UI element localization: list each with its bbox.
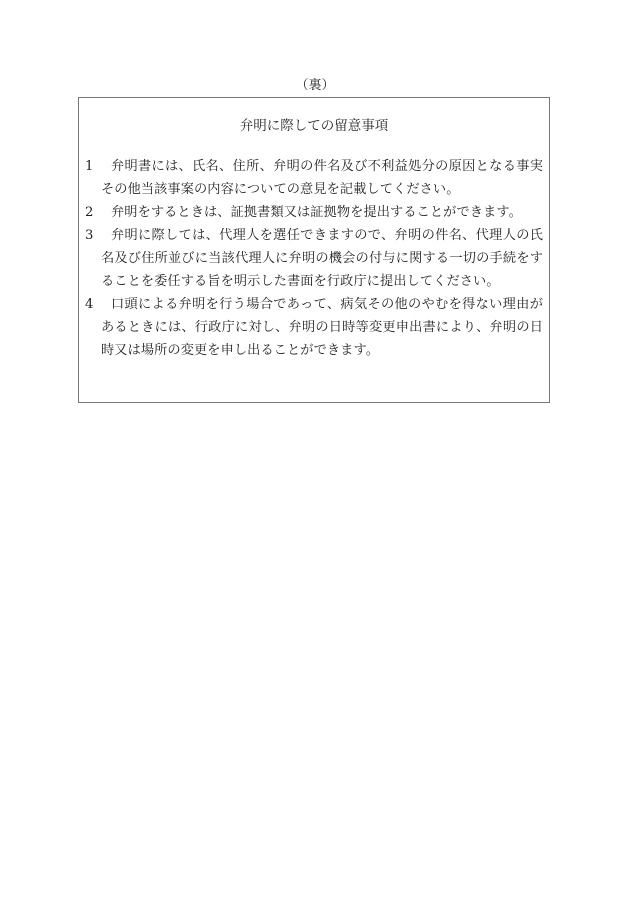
item-text: 弁明をするときは、証拠書類又は証拠物を提出することができます。 (101, 201, 543, 224)
notice-item: 4 口頭による弁明を行う場合であって、病気その他のやむを得ない理由があるときには… (85, 293, 543, 362)
notice-title: 弁明に際しての留意事項 (79, 118, 549, 134)
item-number: 1 (85, 155, 99, 178)
page-side-label: （裏） (0, 78, 630, 94)
notice-box: 弁明に際しての留意事項 1 弁明書には、氏名、住所、弁明の件名及び不利益処分の原… (78, 97, 550, 403)
item-text: 弁明書には、氏名、住所、弁明の件名及び不利益処分の原因となる事実その他当該事案の… (101, 155, 543, 201)
item-text: 口頭による弁明を行う場合であって、病気その他のやむを得ない理由があるときには、行… (101, 293, 543, 362)
notice-item: 2 弁明をするときは、証拠書類又は証拠物を提出することができます。 (85, 201, 543, 224)
item-number: 4 (85, 293, 99, 316)
notice-item: 3 弁明に際しては、代理人を選任できますので、弁明の件名、代理人の氏名及び住所並… (85, 224, 543, 293)
notice-list: 1 弁明書には、氏名、住所、弁明の件名及び不利益処分の原因となる事実その他当該事… (85, 155, 543, 362)
item-number: 3 (85, 224, 99, 247)
item-text: 弁明に際しては、代理人を選任できますので、弁明の件名、代理人の氏名及び住所並びに… (101, 224, 543, 293)
notice-item: 1 弁明書には、氏名、住所、弁明の件名及び不利益処分の原因となる事実その他当該事… (85, 155, 543, 201)
item-number: 2 (85, 201, 99, 224)
